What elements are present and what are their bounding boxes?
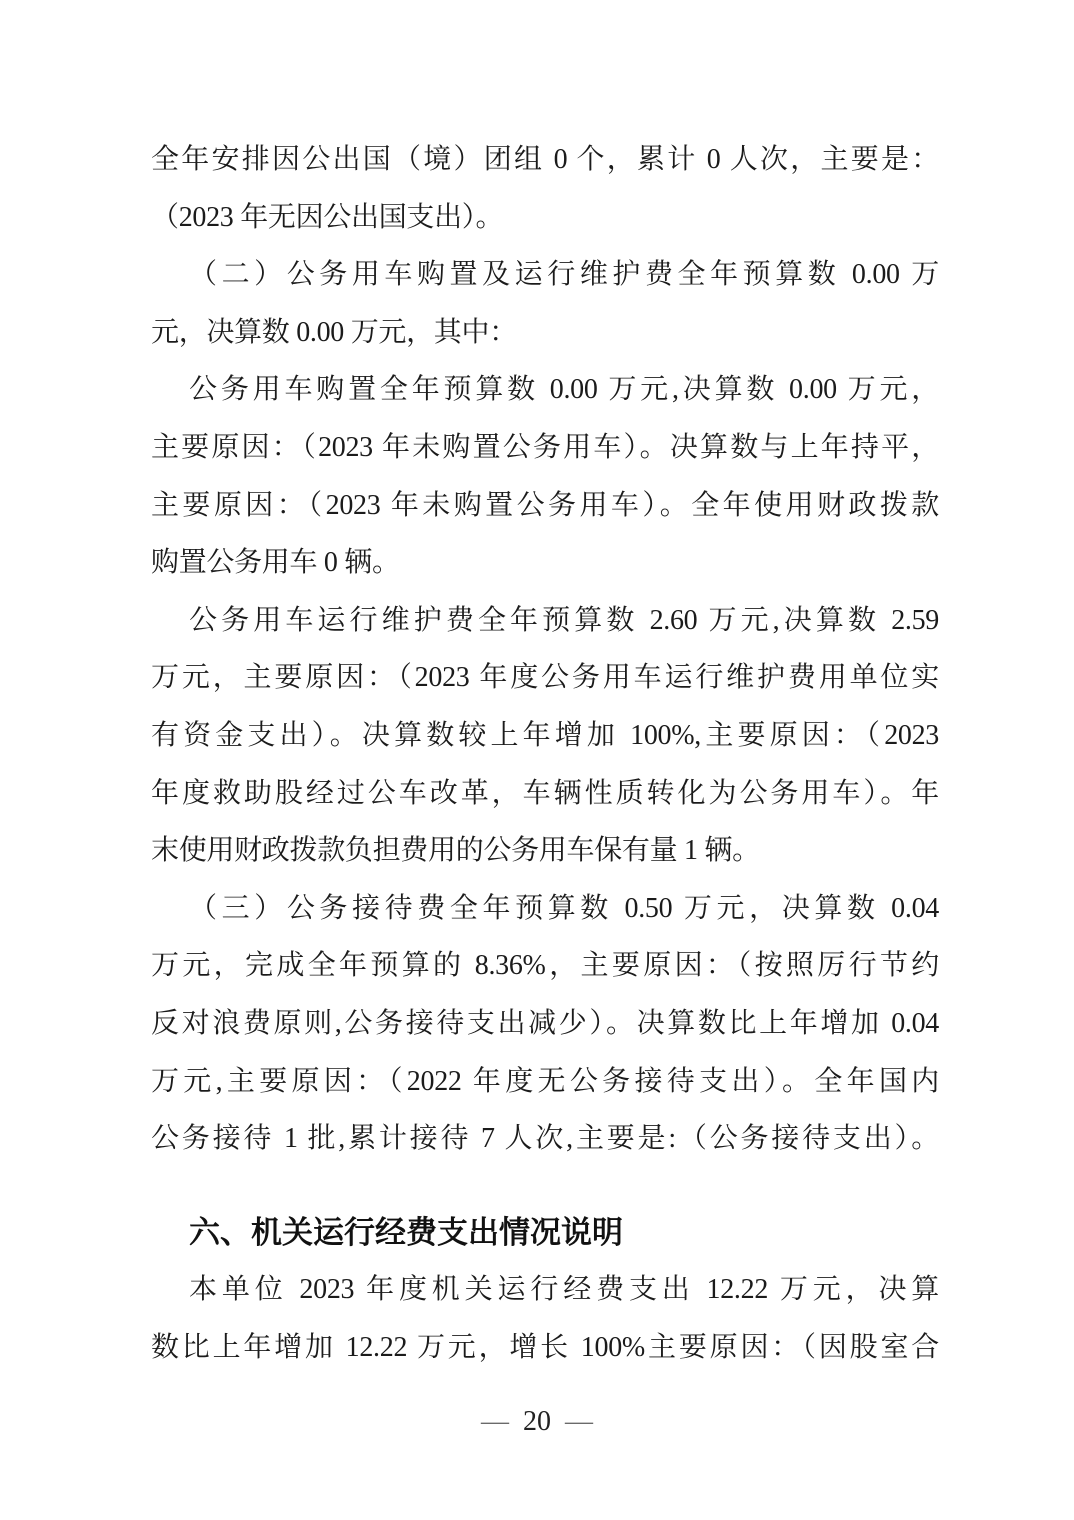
- body-line: 年度救助股经过公车改革，车辆性质转化为公务用车）。年: [151, 765, 939, 823]
- body-line: （三）公务接待费全年预算数 0.50 万元，决算数 0.04: [151, 880, 939, 938]
- footer-dash-left: —: [481, 1406, 509, 1437]
- body-line: （2023 年无因公出国支出）。: [151, 189, 939, 247]
- section-line: 数比上年增加 12.22 万元，增长 100%主要原因：（因股室合: [151, 1319, 939, 1377]
- body-line: 公务接待 1 批,累计接待 7 人次,主要是:（公务接待支出）。: [151, 1110, 939, 1168]
- body-line: 购置公务用车 0 辆。: [151, 534, 939, 592]
- body-text: 全年安排因公出国（境）团组 0 个，累计 0 人次，主要是： （2023 年无因…: [151, 131, 939, 1376]
- page-footer: —20—: [0, 1402, 1074, 1442]
- section-heading: 六、机关运行经费支出情况说明: [151, 1204, 939, 1262]
- section-line: 本单位 2023 年度机关运行经费支出 12.22 万元，决算: [151, 1261, 939, 1319]
- document-page: 全年安排因公出国（境）团组 0 个，累计 0 人次，主要是： （2023 年无因…: [0, 0, 1074, 1520]
- body-line: 公务用车运行维护费全年预算数 2.60 万元,决算数 2.59: [151, 592, 939, 650]
- footer-dash-right: —: [565, 1406, 593, 1437]
- body-line: 全年安排因公出国（境）团组 0 个，累计 0 人次，主要是：: [151, 131, 939, 189]
- body-line: 万元，完成全年预算的 8.36%，主要原因：（按照厉行节约: [151, 937, 939, 995]
- body-line: 万元，主要原因：（2023 年度公务用车运行维护费用单位实: [151, 649, 939, 707]
- body-line: 主要原因：（2023 年未购置公务用车）。决算数与上年持平，: [151, 419, 939, 477]
- body-line: 万元,主要原因：（2022 年度无公务接待支出）。全年国内: [151, 1053, 939, 1111]
- body-line: 末使用财政拨款负担费用的公务用车保有量 1 辆。: [151, 822, 939, 880]
- body-line: 反对浪费原则,公务接待支出减少）。决算数比上年增加 0.04: [151, 995, 939, 1053]
- body-line: （二）公务用车购置及运行维护费全年预算数 0.00 万: [151, 246, 939, 304]
- body-line: 元，决算数 0.00 万元，其中：: [151, 304, 939, 362]
- page-number: 20: [523, 1406, 551, 1437]
- body-line: 主要原因：（2023 年未购置公务用车）。全年使用财政拨款: [151, 477, 939, 535]
- body-line: 有资金支出）。决算数较上年增加 100%,主要原因：（2023: [151, 707, 939, 765]
- body-line: 公务用车购置全年预算数 0.00 万元,决算数 0.00 万元，: [151, 361, 939, 419]
